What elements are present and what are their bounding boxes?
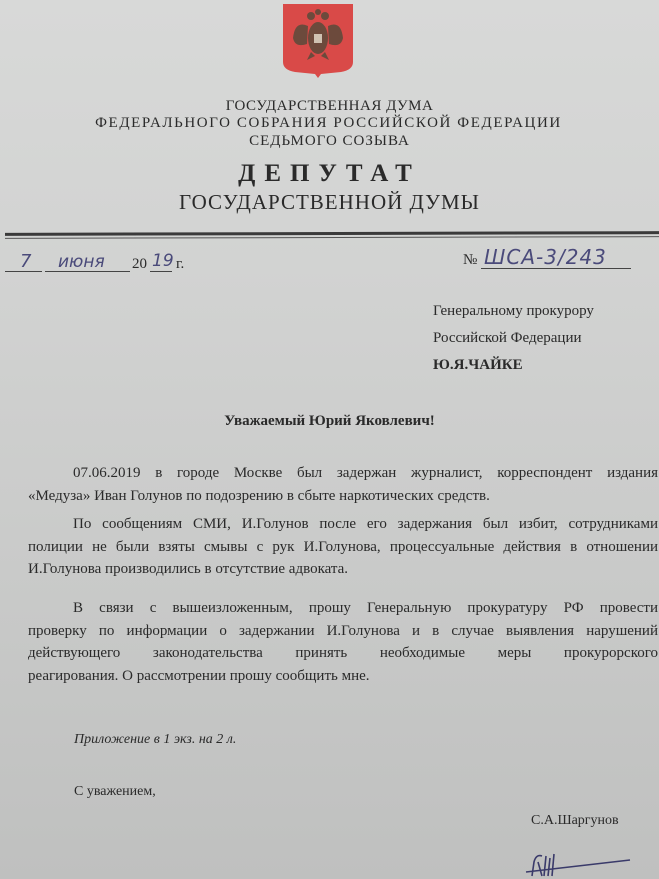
letterhead-line-3: СЕДЬМОГО СОЗЫВА: [0, 133, 659, 150]
body-line: проверку по информации о задержании И.Го…: [28, 620, 658, 643]
date-year-suffix: 19: [152, 251, 174, 271]
body-line: «Медуза» Иван Голунов по подозрению в сб…: [28, 485, 658, 508]
date-year-underline: [150, 271, 172, 272]
date-year-prefix: 20: [132, 256, 147, 273]
date-month-underline: [45, 271, 130, 272]
addressee-name: Ю.Я.ЧАЙКЕ: [433, 357, 523, 374]
letterhead-line-1: ГОСУДАРСТВЕННАЯ ДУМА: [0, 98, 659, 115]
body-line: 07.06.2019 в городе Москве был задержан …: [28, 462, 658, 485]
reference-label: №: [463, 252, 477, 269]
body-paragraph-3: В связи с вышеизложенным, прошу Генераль…: [28, 597, 658, 687]
russian-coat-of-arms-icon: [281, 2, 355, 78]
closing: С уважением,: [74, 784, 156, 800]
attachment-note: Приложение в 1 экз. на 2 л.: [74, 732, 236, 748]
header-divider-thick: [5, 231, 659, 236]
letterhead-title: ДЕПУТАТ: [0, 160, 659, 188]
letterhead-subtitle: ГОСУДАРСТВЕННОЙ ДУМЫ: [0, 190, 659, 215]
reference-value: ШСА-3/243: [484, 245, 607, 269]
date-year-unit: г.: [176, 256, 184, 273]
body-line: реагирования. О рассмотрении прошу сообщ…: [28, 665, 658, 688]
body-line: В связи с вышеизложенным, прошу Генераль…: [28, 597, 658, 620]
body-line: И.Голунова производились в отсутствие ад…: [28, 558, 658, 581]
date-day: 7: [20, 251, 31, 272]
body-line: действующего законодательства принять не…: [28, 642, 658, 665]
body-line: полиции не были взяты смывы с рук И.Голу…: [28, 536, 658, 559]
header-divider-thin: [5, 236, 659, 239]
signatory-name: С.А.Шаргунов: [531, 813, 619, 829]
handwritten-signature-icon: [520, 850, 640, 879]
letter-page: ГОСУДАРСТВЕННАЯ ДУМА ФЕДЕРАЛЬНОГО СОБРАН…: [0, 0, 659, 879]
date-month: июня: [58, 252, 105, 272]
date-day-underline: [5, 271, 42, 272]
letterhead-line-2: ФЕДЕРАЛЬНОГО СОБРАНИЯ РОССИЙСКОЙ ФЕДЕРАЦ…: [0, 115, 658, 132]
reference-underline: [481, 268, 631, 269]
addressee-line-1: Генеральному прокурору: [433, 303, 594, 320]
body-paragraph-1: 07.06.2019 в городе Москве был задержан …: [28, 462, 658, 507]
salutation: Уважаемый Юрий Яковлевич!: [0, 413, 659, 430]
addressee-line-2: Российской Федерации: [433, 330, 582, 347]
body-line: По сообщениям СМИ, И.Голунов после его з…: [28, 513, 658, 536]
body-paragraph-2: По сообщениям СМИ, И.Голунов после его з…: [28, 513, 658, 581]
